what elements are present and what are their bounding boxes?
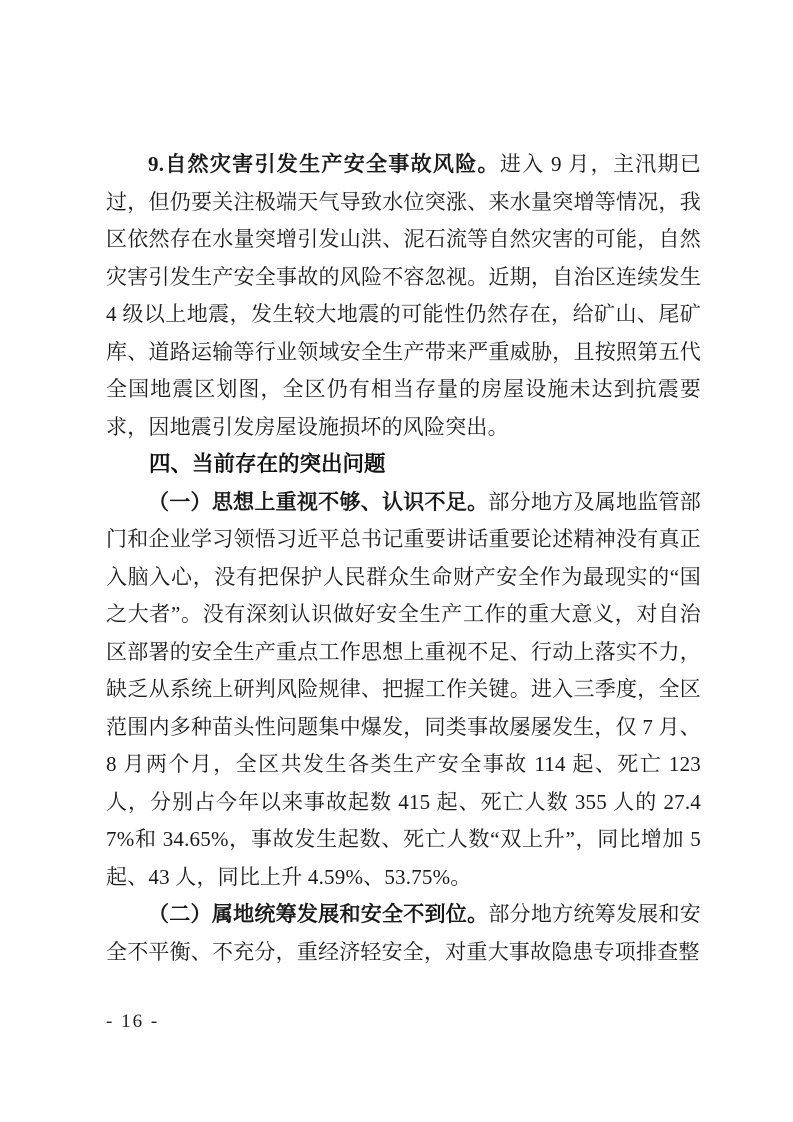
paragraph-body-text: 部分地方及属地监管部门和企业学习领悟习近平总书记重要讲话重要论述精神没有真正入脑… [106,490,701,889]
page-body: 9.自然灾害引发生产安全事故风险。进入 9 月，主汛期已过，但仍要关注极端天气导… [106,146,701,971]
paragraph-natural-disaster-risk: 9.自然灾害引发生产安全事故风险。进入 9 月，主汛期已过，但仍要关注极端天气导… [106,146,701,446]
paragraph-lead-kai: （二）属地统筹发展和安全不到位。 [148,902,488,926]
paragraph-lead-bold: 9.自然灾害引发生产安全事故风险。 [148,152,500,176]
document-page: 9.自然灾害引发生产安全事故风险。进入 9 月，主汛期已过，但仍要关注极端天气导… [0,0,793,1122]
paragraph-problem-2: （二）属地统筹发展和安全不到位。部分地方统筹发展和安全不平衡、不充分，重经济轻安… [106,896,701,971]
paragraph-lead-kai: （一）思想上重视不够、认识不足。 [148,490,488,514]
page-number: - 16 - [106,1010,159,1034]
paragraph-problem-1: （一）思想上重视不够、认识不足。部分地方及属地监管部门和企业学习领悟习近平总书记… [106,484,701,897]
section-heading-current-problems: 四、当前存在的突出问题 [106,446,701,484]
paragraph-body-text: 进入 9 月，主汛期已过，但仍要关注极端天气导致水位突涨、来水量突增等情况，我区… [106,152,701,439]
